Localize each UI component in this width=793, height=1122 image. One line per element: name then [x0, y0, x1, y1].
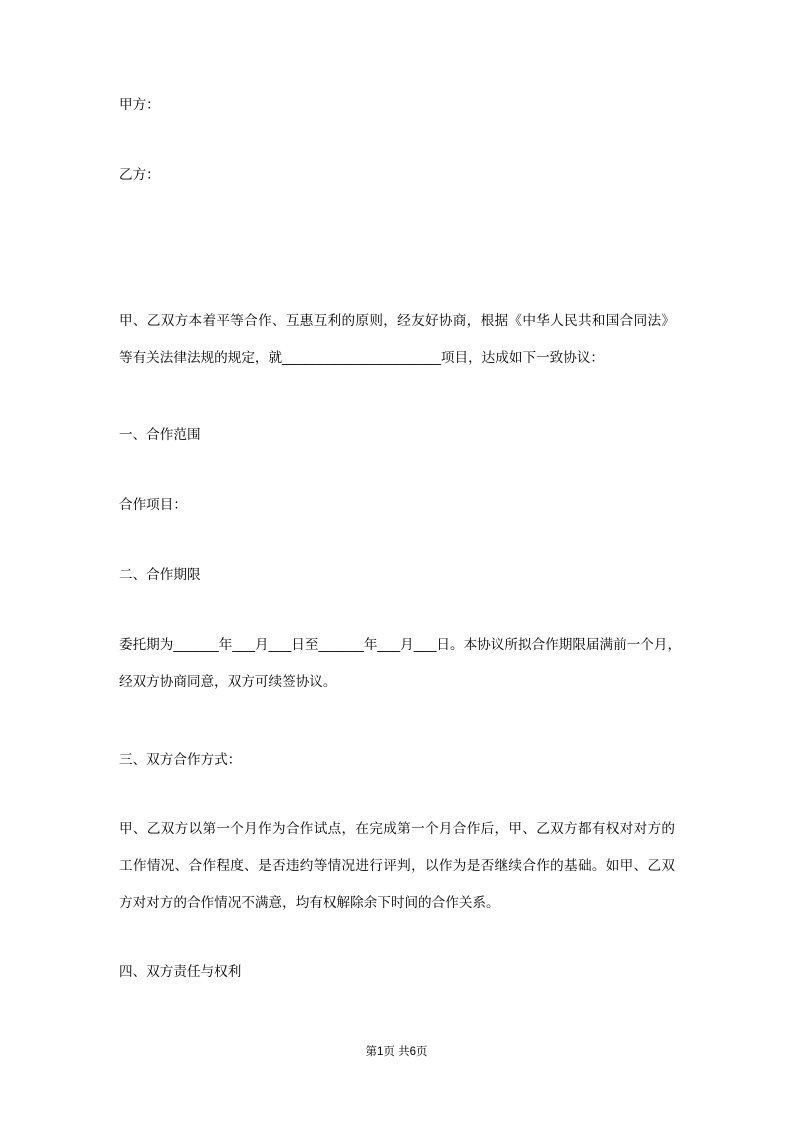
- term-paragraph: 委托期为______年___月___日至______年___月___日。本协议所…: [119, 626, 675, 700]
- preamble-paragraph: 甲、乙双方本着平等合作、互惠互利的原则，经友好协商，根据《中华人民共和国合同法》…: [119, 302, 675, 376]
- term-line-2: 经双方协商同意，双方可续签协议。: [119, 663, 675, 700]
- preamble-line-1: 甲、乙双方本着平等合作、互惠互利的原则，经友好协商，根据《中华人民共和国合同法》: [119, 302, 675, 339]
- party-b-label: 乙方：: [119, 156, 675, 193]
- term-line-1: 委托期为______年___月___日至______年___月___日。本协议所…: [119, 626, 675, 663]
- cooperation-method-line-3: 方对对方的合作情况不满意，均有权解除余下时间的合作关系。: [119, 884, 675, 921]
- section-3-heading: 三、双方合作方式：: [119, 741, 675, 778]
- section-4-heading: 四、双方责任与权利: [119, 953, 675, 990]
- project-label: 合作项目：: [119, 486, 675, 523]
- section-2-heading: 二、合作期限: [119, 556, 675, 593]
- cooperation-method-line-2: 工作情况、合作程度、是否违约等情况进行评判，以作为是否继续合作的基础。如甲、乙双: [119, 847, 675, 884]
- section-1-heading: 一、合作范围: [119, 416, 675, 453]
- preamble-line-2: 等有关法律法规的规定，就_____________________项目，达成如下…: [119, 339, 675, 376]
- cooperation-method-line-1: 甲、乙双方以第一个月作为合作试点，在完成第一个月合作后，甲、乙双方都有权对对方的: [119, 810, 675, 847]
- document-page: 甲方： 乙方： 甲、乙双方本着平等合作、互惠互利的原则，经友好协商，根据《中华人…: [0, 0, 793, 1122]
- page-footer: 第1页 共6页: [0, 1044, 793, 1060]
- party-a-label: 甲方：: [119, 86, 675, 123]
- cooperation-method-paragraph: 甲、乙双方以第一个月作为合作试点，在完成第一个月合作后，甲、乙双方都有权对对方的…: [119, 810, 675, 921]
